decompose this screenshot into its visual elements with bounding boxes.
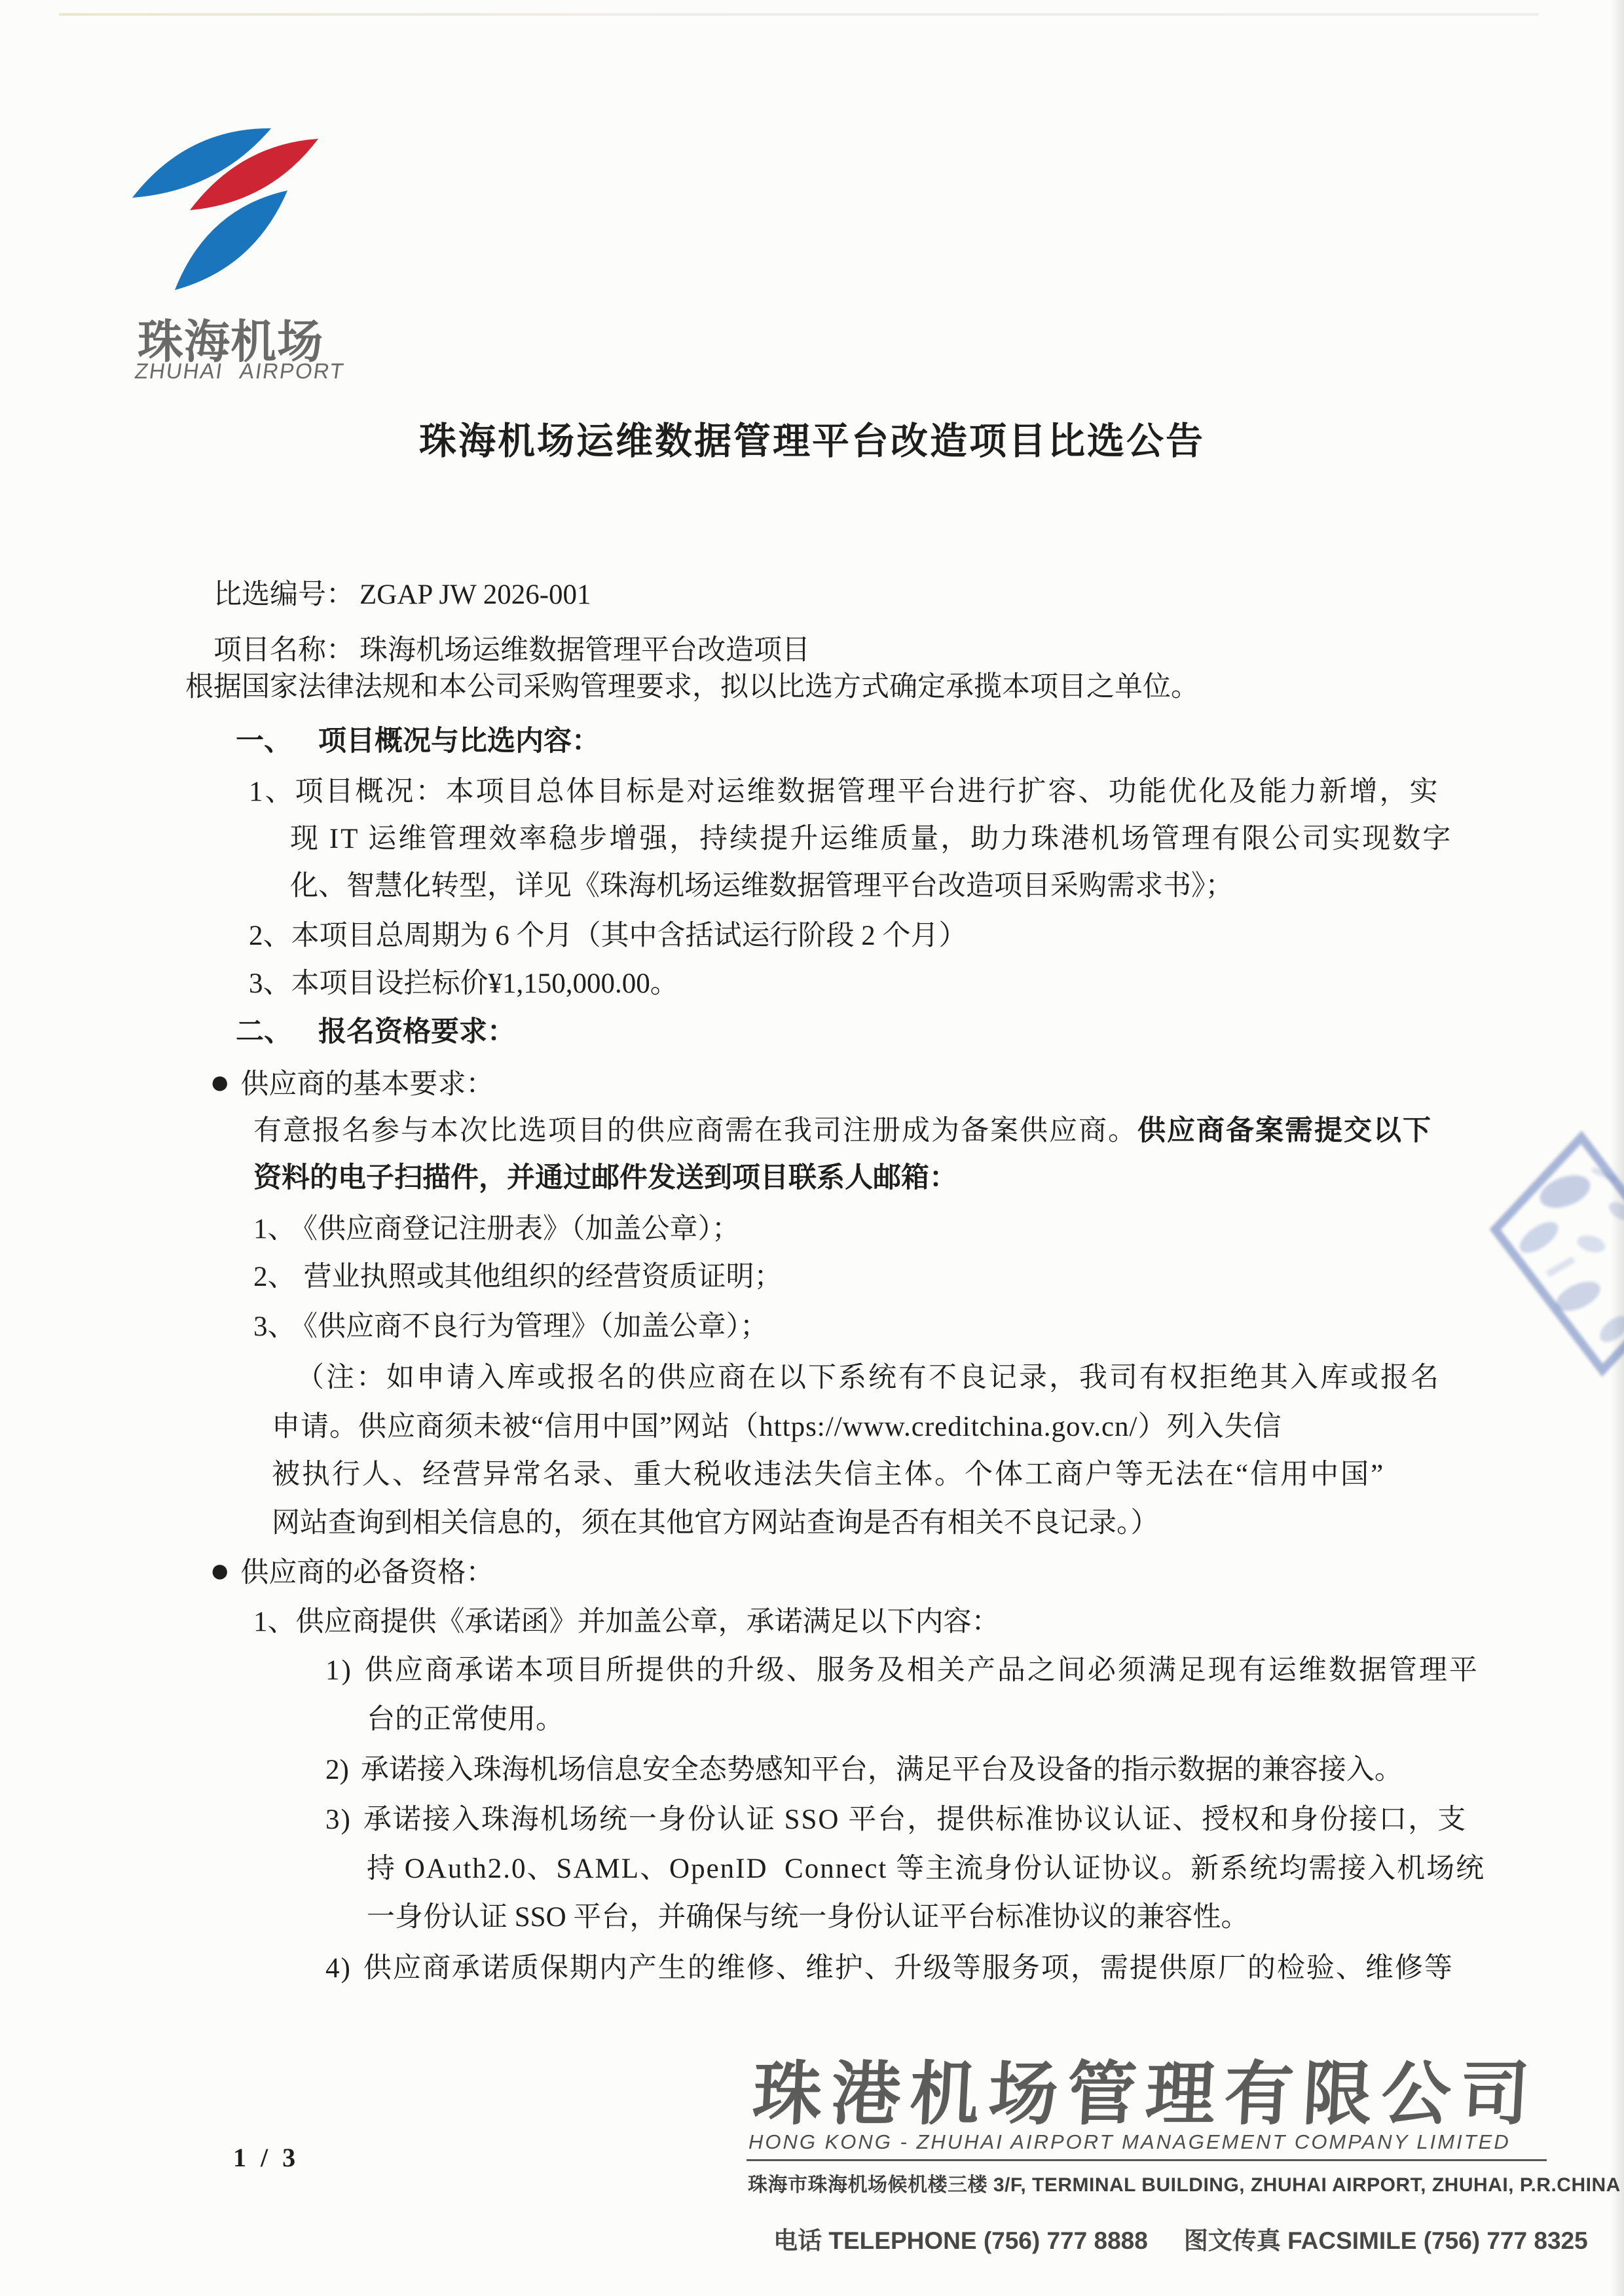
- doc-text: 承诺接入珠海机场信息安全态势感知平台，满足平台及设备的指示数据的兼容接入。: [361, 1755, 1403, 1785]
- doc-text: 承诺接入珠海机场统一身份认证 SSO 平台，提供标准协议认证、授权和身份接口，支: [363, 1804, 1467, 1835]
- doc-line: 一、项目概况与比选内容：: [236, 718, 600, 766]
- scan-artifact-top: [59, 13, 1539, 16]
- blue-ink-stamp: [1467, 1113, 1624, 1394]
- doc-text: 化、智慧化转型，详见《珠海机场运维数据管理平台改造项目采购需求书》；: [290, 871, 1234, 902]
- doc-line: 二、报名资格要求：: [236, 1008, 515, 1057]
- doc-text: 《供应商登记注册表》（加盖公章）；: [304, 1214, 741, 1245]
- bid-number-line: 比选编号：ZGAP JW 2026-001: [185, 522, 591, 571]
- doc-text: 3): [325, 1804, 352, 1835]
- doc-text: 供应商承诺本项目所提供的升级、服务及相关产品之间必须满足现有运维数据管理平: [365, 1655, 1479, 1686]
- doc-line: 1)供应商承诺本项目所提供的升级、服务及相关产品之间必须满足现有运维数据管理平: [325, 1647, 1479, 1695]
- doc-line: 3、《供应商不良行为管理》（加盖公章）；: [253, 1303, 768, 1351]
- doc-line: ●供应商的必备资格：: [210, 1547, 494, 1595]
- logo-en-text: ZHUHAI AIRPORT: [133, 359, 346, 384]
- doc-text: 4): [325, 1953, 352, 1984]
- doc-text: 2、: [253, 1262, 296, 1292]
- footer-phone: 电话 TELEPHONE (756) 777 8888: [773, 2227, 1148, 2254]
- doc-line: 1、《供应商登记注册表》（加盖公章）；: [253, 1205, 740, 1254]
- logo-swoosh-icon: [124, 92, 347, 308]
- page-number: 1 / 3: [233, 2142, 299, 2173]
- doc-text: 一、: [236, 726, 292, 757]
- doc-text: 2、: [249, 920, 291, 951]
- doc-text: 资料的电子扫描件，并通过邮件发送到项目联系人邮箱：: [253, 1163, 957, 1194]
- doc-line: 2、本项目总周期为 6 个月（其中含括试运行阶段 2 个月）: [249, 912, 967, 960]
- doc-text: 营业执照或其他组织的经营资质证明；: [304, 1262, 783, 1292]
- doc-text: 1、供应商提供《承诺函》并加盖公章，承诺满足以下内容：: [253, 1607, 1000, 1637]
- doc-line: ●供应商的基本要求：: [210, 1059, 494, 1107]
- doc-text: 二、: [236, 1017, 292, 1048]
- doc-text: 供应商承诺质保期内产生的维修、维护、升级等服务项，需提供原厂的检验、维修等: [363, 1953, 1454, 1984]
- doc-text: 3、: [249, 968, 291, 999]
- doc-text: 持 OAuth2.0、SAML、OpenID Connect 等主流身份认证协议…: [367, 1853, 1485, 1884]
- doc-text: 1、: [253, 1214, 296, 1245]
- doc-text: 被执行人、经营异常名录、重大税收违法失信主体。个体工商户等无法在“信用中国”: [272, 1459, 1385, 1490]
- footer-divider: [747, 2159, 1547, 2161]
- doc-text: 报名资格要求：: [318, 1017, 515, 1048]
- doc-text: 有意报名参与本次比选项目的供应商需在我司注册成为备案供应商。: [253, 1116, 1137, 1146]
- doc-text: 台的正常使用。: [367, 1704, 564, 1735]
- doc-text: 申请。供应商须未被“信用中国”网站（https://www.creditchin…: [272, 1412, 1282, 1442]
- doc-text: 项目概况：本项目总体目标是对运维数据管理平台进行扩容、功能优化及能力新增，实: [295, 776, 1440, 807]
- doc-text: 《供应商不良行为管理》（加盖公章）；: [304, 1311, 769, 1342]
- footer-contact-line: 电话 TELEPHONE (756) 777 8888图文传真 FACSIMIL…: [747, 2193, 1588, 2284]
- project-name-label: 项目名称：: [213, 635, 354, 666]
- page-title: 珠海机场运维数据管理平台改造项目比选公告: [0, 411, 1624, 465]
- doc-text: 网站查询到相关信息的，须在其他官方网站查询是否有相关不良记录。）: [272, 1508, 1159, 1539]
- doc-text: 1): [325, 1655, 353, 1686]
- bullet-icon: ●: [210, 1064, 230, 1101]
- doc-text: （注：如申请入库或报名的供应商在以下系统有不良记录，我司有权拒绝其入库或报名: [296, 1362, 1441, 1393]
- doc-text: 供应商的必备资格：: [240, 1558, 494, 1588]
- doc-line: （注：如申请入库或报名的供应商在以下系统有不良记录，我司有权拒绝其入库或报名: [296, 1354, 1441, 1402]
- footer-company-name-en: HONG KONG - ZHUHAI AIRPORT MANAGEMENT CO…: [748, 2130, 1511, 2154]
- doc-text: 本项目设拦标价¥1,150,000.00。: [291, 968, 678, 999]
- doc-line: 化、智慧化转型，详见《珠海机场运维数据管理平台改造项目采购需求书》；: [290, 862, 1234, 911]
- doc-line: 网站查询到相关信息的，须在其他官方网站查询是否有相关不良记录。）: [272, 1499, 1159, 1548]
- project-name-line: 项目名称：珠海机场运维数据管理平台改造项目: [185, 578, 810, 627]
- doc-line: 资料的电子扫描件，并通过邮件发送到项目联系人邮箱：: [253, 1154, 957, 1203]
- doc-line: 1、供应商提供《承诺函》并加盖公章，承诺满足以下内容：: [253, 1598, 1000, 1647]
- project-name-value: 珠海机场运维数据管理平台改造项目: [360, 635, 810, 666]
- doc-text: 现 IT 运维管理效率稳步增强，持续提升运维质量，助力珠港机场管理有限公司实现数…: [290, 824, 1452, 854]
- doc-line: 现 IT 运维管理效率稳步增强，持续提升运维质量，助力珠港机场管理有限公司实现数…: [290, 815, 1452, 864]
- doc-line: 根据国家法律法规和本公司采购管理要求，拟以比选方式确定承揽本项目之单位。: [185, 663, 1199, 712]
- doc-line: 一身份认证 SSO 平台，并确保与统一身份认证平台标准协议的兼容性。: [367, 1893, 1249, 1942]
- doc-text: 项目概况与比选内容：: [318, 726, 600, 757]
- doc-line: 1、项目概况：本项目总体目标是对运维数据管理平台进行扩容、功能优化及能力新增，实: [249, 768, 1440, 816]
- doc-text: 一身份认证 SSO 平台，并确保与统一身份认证平台标准协议的兼容性。: [367, 1902, 1249, 1933]
- footer-fax: 图文传真 FACSIMILE (756) 777 8325: [1184, 2227, 1588, 2254]
- zhuhai-airport-logo: 珠海机场 ZHUHAI AIRPORT: [124, 92, 347, 393]
- doc-text: 3、: [253, 1311, 296, 1342]
- doc-line: 3、本项目设拦标价¥1,150,000.00。: [249, 960, 678, 1008]
- doc-line: 台的正常使用。: [367, 1696, 564, 1744]
- doc-line: 申请。供应商须未被“信用中国”网站（https://www.creditchin…: [272, 1403, 1282, 1451]
- doc-line: 持 OAuth2.0、SAML、OpenID Connect 等主流身份认证协议…: [367, 1845, 1485, 1893]
- doc-text: 供应商备案需提交以下: [1137, 1116, 1432, 1146]
- doc-text: 根据国家法律法规和本公司采购管理要求，拟以比选方式确定承揽本项目之单位。: [185, 672, 1199, 702]
- scanned-document-page: 珠海机场 ZHUHAI AIRPORT 珠海机场运维数据管理平台改造项目比选公告…: [0, 0, 1624, 2296]
- doc-line: 3)承诺接入珠海机场统一身份认证 SSO 平台，提供标准协议认证、授权和身份接口…: [325, 1796, 1467, 1844]
- doc-line: 被执行人、经营异常名录、重大税收违法失信主体。个体工商户等无法在“信用中国”: [272, 1451, 1385, 1499]
- doc-line: 4)供应商承诺质保期内产生的维修、维护、升级等服务项，需提供原厂的检验、维修等: [325, 1944, 1454, 1993]
- footer-company-name-cn: 珠港机场管理有限公司: [750, 2039, 1541, 2138]
- doc-text: 1、: [249, 776, 295, 807]
- bullet-icon: ●: [210, 1552, 230, 1590]
- doc-text: 供应商的基本要求：: [240, 1069, 494, 1100]
- doc-line: 有意报名参与本次比选项目的供应商需在我司注册成为备案供应商。供应商备案需提交以下: [253, 1107, 1432, 1156]
- doc-line: 2、营业执照或其他组织的经营资质证明；: [253, 1253, 783, 1302]
- doc-text: 本项目总周期为 6 个月（其中含括试运行阶段 2 个月）: [291, 920, 967, 951]
- doc-text: 2): [325, 1755, 349, 1785]
- doc-line: 2)承诺接入珠海机场信息安全态势感知平台，满足平台及设备的指示数据的兼容接入。: [325, 1746, 1403, 1795]
